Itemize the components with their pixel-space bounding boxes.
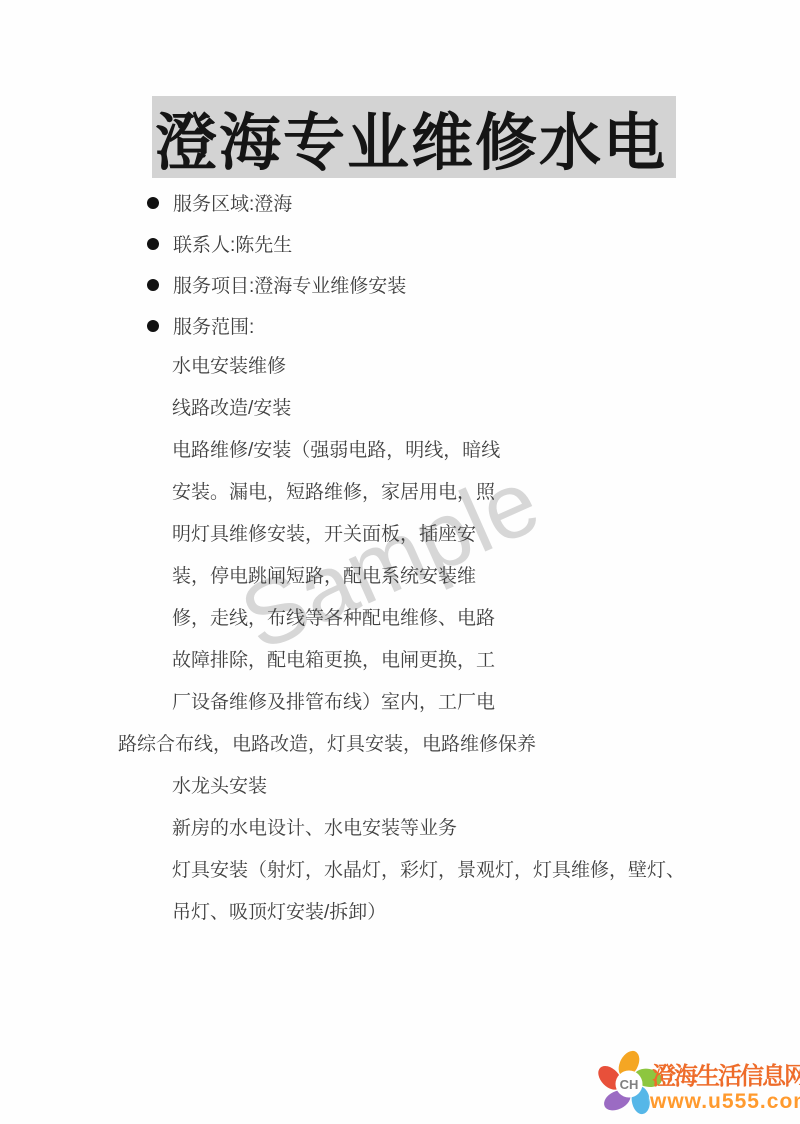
service-line: 水龙头安装 bbox=[0, 766, 800, 808]
service-line: 安装。漏电，短路维修，家居用电，照 bbox=[0, 472, 800, 514]
service-line: 灯具安装（射灯，水晶灯，彩灯，景观灯，灯具维修，壁灯、 bbox=[0, 850, 800, 892]
service-line: 修，走线，布线等各种配电维修、电路 bbox=[0, 598, 800, 640]
info-text: 服务范围: bbox=[173, 312, 254, 339]
info-text: 服务项目:澄海专业维修安装 bbox=[173, 271, 406, 298]
bullet-icon bbox=[147, 238, 159, 250]
site-footer: CH 澄海生活信息网 www.u555.com bbox=[590, 1044, 800, 1124]
site-url: www.u555.com bbox=[650, 1090, 800, 1114]
service-line: 新房的水电设计、水电安装等业务 bbox=[0, 808, 800, 850]
service-line: 故障排除，配电箱更换，电闸更换，工 bbox=[0, 640, 800, 682]
service-line: 电路维修/安装（强弱电路，明线，暗线 bbox=[0, 430, 800, 472]
logo-initials: CH bbox=[620, 1077, 639, 1092]
list-item: 服务项目:澄海专业维修安装 bbox=[0, 264, 700, 305]
service-scope-section: 水电安装维修 线路改造/安装 电路维修/安装（强弱电路，明线，暗线 安装。漏电，… bbox=[0, 346, 800, 934]
info-text: 服务区域:澄海 bbox=[173, 189, 292, 216]
site-name: 澄海生活信息网 bbox=[652, 1056, 800, 1091]
bullet-icon bbox=[147, 279, 159, 291]
info-text: 联系人:陈先生 bbox=[173, 230, 292, 257]
flyer-title: 澄海专业维修水电 bbox=[152, 96, 676, 178]
service-line: 路综合布线，电路改造，灯具安装，电路维修保养 bbox=[0, 724, 800, 766]
service-line: 明灯具维修安装，开关面板，插座安 bbox=[0, 514, 800, 556]
service-line: 厂设备维修及排管布线）室内，工厂电 bbox=[0, 682, 800, 724]
service-line: 线路改造/安装 bbox=[0, 388, 800, 430]
service-line: 水电安装维修 bbox=[0, 346, 800, 388]
list-item: 服务区域:澄海 bbox=[0, 182, 700, 223]
info-list: 服务区域:澄海 联系人:陈先生 服务项目:澄海专业维修安装 服务范围: bbox=[0, 182, 700, 346]
bullet-icon bbox=[147, 197, 159, 209]
list-item: 联系人:陈先生 bbox=[0, 223, 700, 264]
flyer-page: 澄海专业维修水电 服务区域:澄海 联系人:陈先生 服务项目:澄海专业维修安装 服… bbox=[0, 0, 800, 1124]
service-line: 吊灯、吸顶灯安装/拆卸） bbox=[0, 892, 800, 934]
bullet-icon bbox=[147, 320, 159, 332]
list-item: 服务范围: bbox=[0, 305, 700, 346]
service-line: 装，停电跳闸短路，配电系统安装维 bbox=[0, 556, 800, 598]
